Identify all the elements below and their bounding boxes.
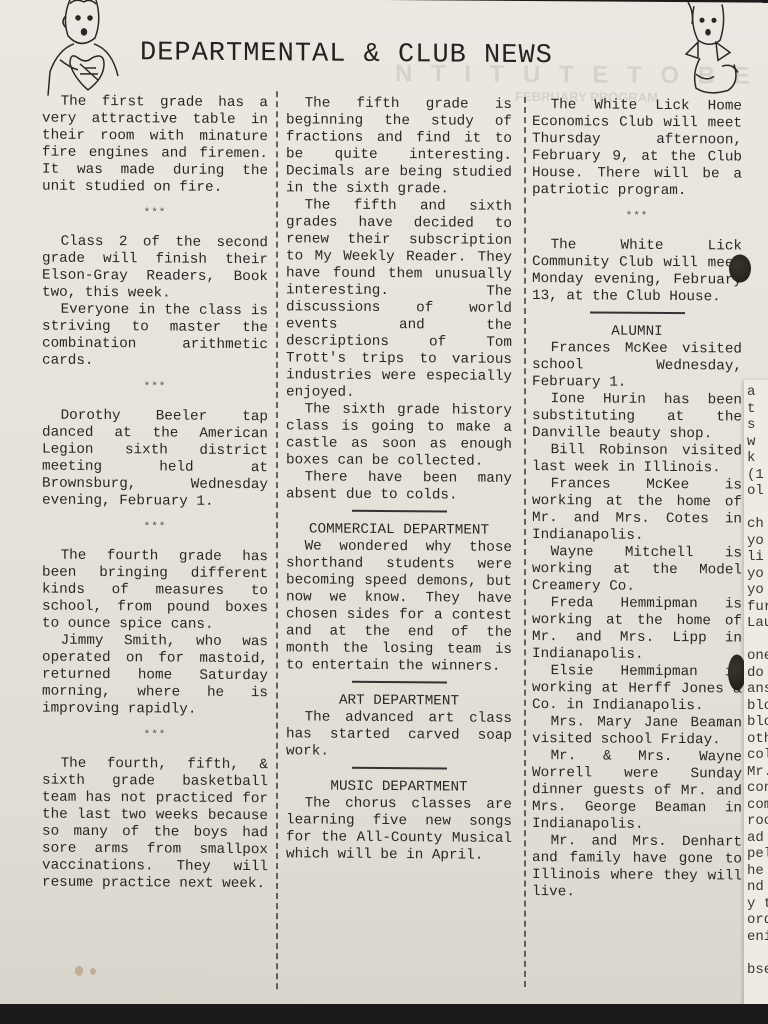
- article-paragraph: The sixth grade history class is going t…: [286, 401, 512, 471]
- fragment-line: [744, 632, 768, 649]
- article-paragraph: The first grade has a very attractive ta…: [42, 94, 268, 198]
- fragment-line: li: [744, 549, 768, 566]
- fragment-line: k: [744, 450, 768, 467]
- article-paragraph: Class 2 of the second grade will finish …: [42, 234, 268, 304]
- article-paragraph: Ione Hurin has been substituting at the …: [532, 391, 742, 443]
- fragment-line: room.: [744, 813, 768, 830]
- newsletter-page: N T I T U T E T O B E FEBRUARY PROGRAM D…: [0, 0, 768, 1013]
- article-separator: ***: [42, 379, 268, 398]
- fragment-line: yo: [744, 582, 768, 599]
- fragment-line: yo: [744, 566, 768, 583]
- article-paragraph: The fifth grade is beginning the study o…: [286, 95, 512, 199]
- fragment-line: ad: [744, 830, 768, 847]
- article-paragraph: The fourth grade has been bringing diffe…: [42, 548, 268, 635]
- article-paragraph: The White Lick Community Club will meet …: [532, 237, 742, 306]
- boy-with-valentine-illustration: [40, 0, 125, 98]
- fragment-line: compe: [744, 797, 768, 814]
- article-paragraph: There have been many absent due to colds…: [286, 469, 512, 505]
- fragment-line: one: [744, 648, 768, 665]
- fragment-line: he: [744, 863, 768, 880]
- fragment-line: t: [744, 401, 768, 418]
- section-divider: [352, 767, 447, 770]
- article-paragraph: Wayne Mitchell is working at the Model C…: [532, 544, 742, 596]
- fragment-line: ord.: [744, 912, 768, 929]
- section-divider: [352, 681, 447, 684]
- article-paragraph: The fourth, fifth, & sixth grade basketb…: [42, 756, 268, 894]
- section-heading: ART DEPARTMENT: [286, 692, 512, 711]
- fragment-line: Lau: [744, 615, 768, 632]
- column-2: The fifth grade is beginning the study o…: [286, 95, 512, 865]
- article-paragraph: Bill Robinson visited last week in Illin…: [532, 442, 742, 477]
- section-heading: COMMERCIAL DEPARTMENT: [286, 521, 512, 540]
- fragment-line: conc: [744, 780, 768, 797]
- article-separator: ***: [42, 727, 268, 746]
- article-paragraph: Mr. and Mrs. Denhart and family have gon…: [532, 833, 742, 902]
- article-paragraph: Everyone in the class is striving to mas…: [42, 302, 268, 372]
- column-3: The White Lick Home Economics Club will …: [532, 97, 742, 902]
- article-separator: ***: [42, 519, 268, 538]
- fragment-line: bsent: [744, 962, 768, 979]
- article-paragraph: We wondered why those shorthand students…: [286, 538, 512, 676]
- article-paragraph: Jimmy Smith, who was operated on for mas…: [42, 633, 268, 720]
- fragment-line: s: [744, 417, 768, 434]
- fragment-line: [744, 945, 768, 962]
- fragment-line: do: [744, 665, 768, 682]
- fragment-line: cold: [744, 747, 768, 764]
- fragment-line: w: [744, 434, 768, 451]
- article-paragraph: The fifth and sixth grades have decided …: [286, 197, 512, 403]
- section-divider: [590, 311, 685, 314]
- fragment-line: blow: [744, 698, 768, 715]
- article-separator: ***: [532, 208, 742, 226]
- fragment-line: [744, 500, 768, 517]
- article-separator: ***: [42, 205, 268, 224]
- fragment-line: ol: [744, 483, 768, 500]
- fragment-line: nd ho: [744, 879, 768, 896]
- page-title: DEPARTMENTAL & CLUB NEWS: [140, 38, 700, 72]
- column-divider-2: [524, 97, 526, 987]
- paper-stain: [75, 966, 83, 976]
- article-paragraph: The White Lick Home Economics Club will …: [532, 97, 742, 200]
- fragment-line: ch: [744, 516, 768, 533]
- desk-background: [0, 1004, 768, 1024]
- fragment-line: a: [744, 384, 768, 401]
- article-paragraph: Frances McKee is working at the home of …: [532, 476, 742, 545]
- fragment-line: pell: [744, 846, 768, 863]
- section-divider: [352, 510, 447, 513]
- article-paragraph: Mrs. Mary Jane Beaman visited school Fri…: [532, 714, 742, 749]
- fragment-line: fur: [744, 599, 768, 616]
- article-paragraph: Dorothy Beeler tap danced at the America…: [42, 408, 268, 512]
- section-heading: MUSIC DEPARTMENT: [286, 778, 512, 797]
- punch-hole-top: [729, 254, 751, 282]
- article-paragraph: Freda Hemmipman is working at the home o…: [532, 595, 742, 664]
- fragment-line: blow: [744, 714, 768, 731]
- column-divider-1: [276, 91, 278, 989]
- fragment-line: otho: [744, 731, 768, 748]
- fragment-line: enior: [744, 929, 768, 946]
- article-paragraph: Frances McKee visited school Wednesday, …: [532, 340, 742, 392]
- fragment-line: (1: [744, 467, 768, 484]
- fragment-line: yo: [744, 533, 768, 550]
- adjacent-page-fragment: atswk(1ol chyoliyoyofurLau onedoansblowb…: [744, 380, 768, 1014]
- article-paragraph: Elsie Hemmipman is working at Herff Jone…: [532, 663, 742, 715]
- column-1: The first grade has a very attractive ta…: [42, 94, 268, 894]
- article-paragraph: The advanced art class has started carve…: [286, 709, 512, 762]
- fragment-line: y to: [744, 896, 768, 913]
- fragment-line: ans: [744, 681, 768, 698]
- fragment-line: Mr.: [744, 764, 768, 781]
- article-paragraph: The chorus classes are learning five new…: [286, 795, 512, 865]
- section-heading: ALUMNI: [532, 323, 742, 341]
- article-paragraph: Mr. & Mrs. Wayne Worrell were Sunday din…: [532, 748, 742, 834]
- paper-stain: [90, 968, 96, 975]
